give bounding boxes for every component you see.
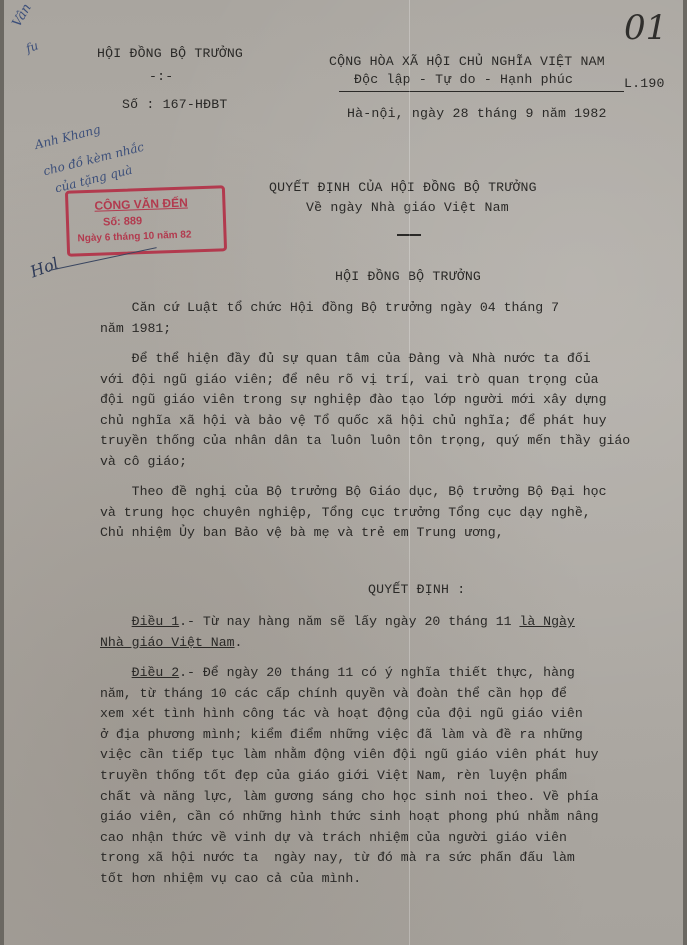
stamp-date: Ngày 6 tháng 10 năm 82 xyxy=(77,229,191,244)
article-2: Điều 2.- Để ngày 20 tháng 11 có ý nghĩa … xyxy=(100,663,660,890)
document-code: L.190 xyxy=(624,76,665,91)
handwritten-note-top-left: Vân xyxy=(10,1,35,30)
article-2-text: .- Để ngày 20 tháng 11 có ý nghĩa thiết … xyxy=(100,665,599,886)
document-page: Vân fu HỘI ĐỒNG BỘ TRƯỞNG -:- Số : 167-H… xyxy=(4,0,683,945)
article-1-text: .- Từ nay hàng năm sẽ lấy ngày 20 tháng … xyxy=(179,614,519,629)
place-date: Hà-nội, ngày 28 tháng 9 năm 1982 xyxy=(347,106,607,121)
issuer-separator: -:- xyxy=(149,69,173,84)
decision-title: QUYẾT ĐỊNH CỦA HỘI ĐỒNG BỘ TRƯỞNG xyxy=(269,180,537,195)
stamp-number: Số: 889 xyxy=(103,215,143,228)
motto-underline xyxy=(339,91,624,92)
decision-subtitle: Về ngày Nhà giáo Việt Nam xyxy=(306,200,509,215)
article-1: Điều 1.- Từ nay hàng năm sẽ lấy ngày 20 … xyxy=(100,612,660,653)
stamp-title: CÔNG VĂN ĐẾN xyxy=(94,196,188,213)
title-divider xyxy=(397,234,421,236)
handwritten-margin-note-1: Anh Khang xyxy=(33,122,102,152)
article-2-label: Điều 2 xyxy=(132,665,179,680)
article-1-label: Điều 1 xyxy=(132,614,179,629)
preamble-paragraph-1: Căn cứ Luật tổ chức Hội đồng Bộ trưởng n… xyxy=(100,298,660,339)
handwritten-page-number: 01 xyxy=(624,8,667,48)
national-motto: Độc lập - Tự do - Hạnh phúc xyxy=(354,72,573,87)
document-number: Số : 167-HĐBT xyxy=(122,97,227,112)
issuer-name: HỘI ĐỒNG BỘ TRƯỞNG xyxy=(97,46,243,61)
handwritten-note-top-left-2: fu xyxy=(24,38,40,55)
received-stamp: CÔNG VĂN ĐẾN Số: 889 Ngày 6 tháng 10 năm… xyxy=(65,185,227,257)
article-1-end: . xyxy=(235,635,243,650)
preamble-paragraph-3: Theo đề nghị của Bộ trưởng Bộ Giáo dục, … xyxy=(100,482,660,544)
decision-heading: QUYẾT ĐỊNH : xyxy=(368,582,465,597)
council-heading: HỘI ĐỒNG BỘ TRƯỞNG xyxy=(335,269,481,284)
preamble-paragraph-2: Để thể hiện đầy đủ sự quan tâm của Đảng … xyxy=(100,349,660,473)
national-title: CỘNG HÒA XÃ HỘI CHỦ NGHĨA VIỆT NAM xyxy=(329,54,605,69)
